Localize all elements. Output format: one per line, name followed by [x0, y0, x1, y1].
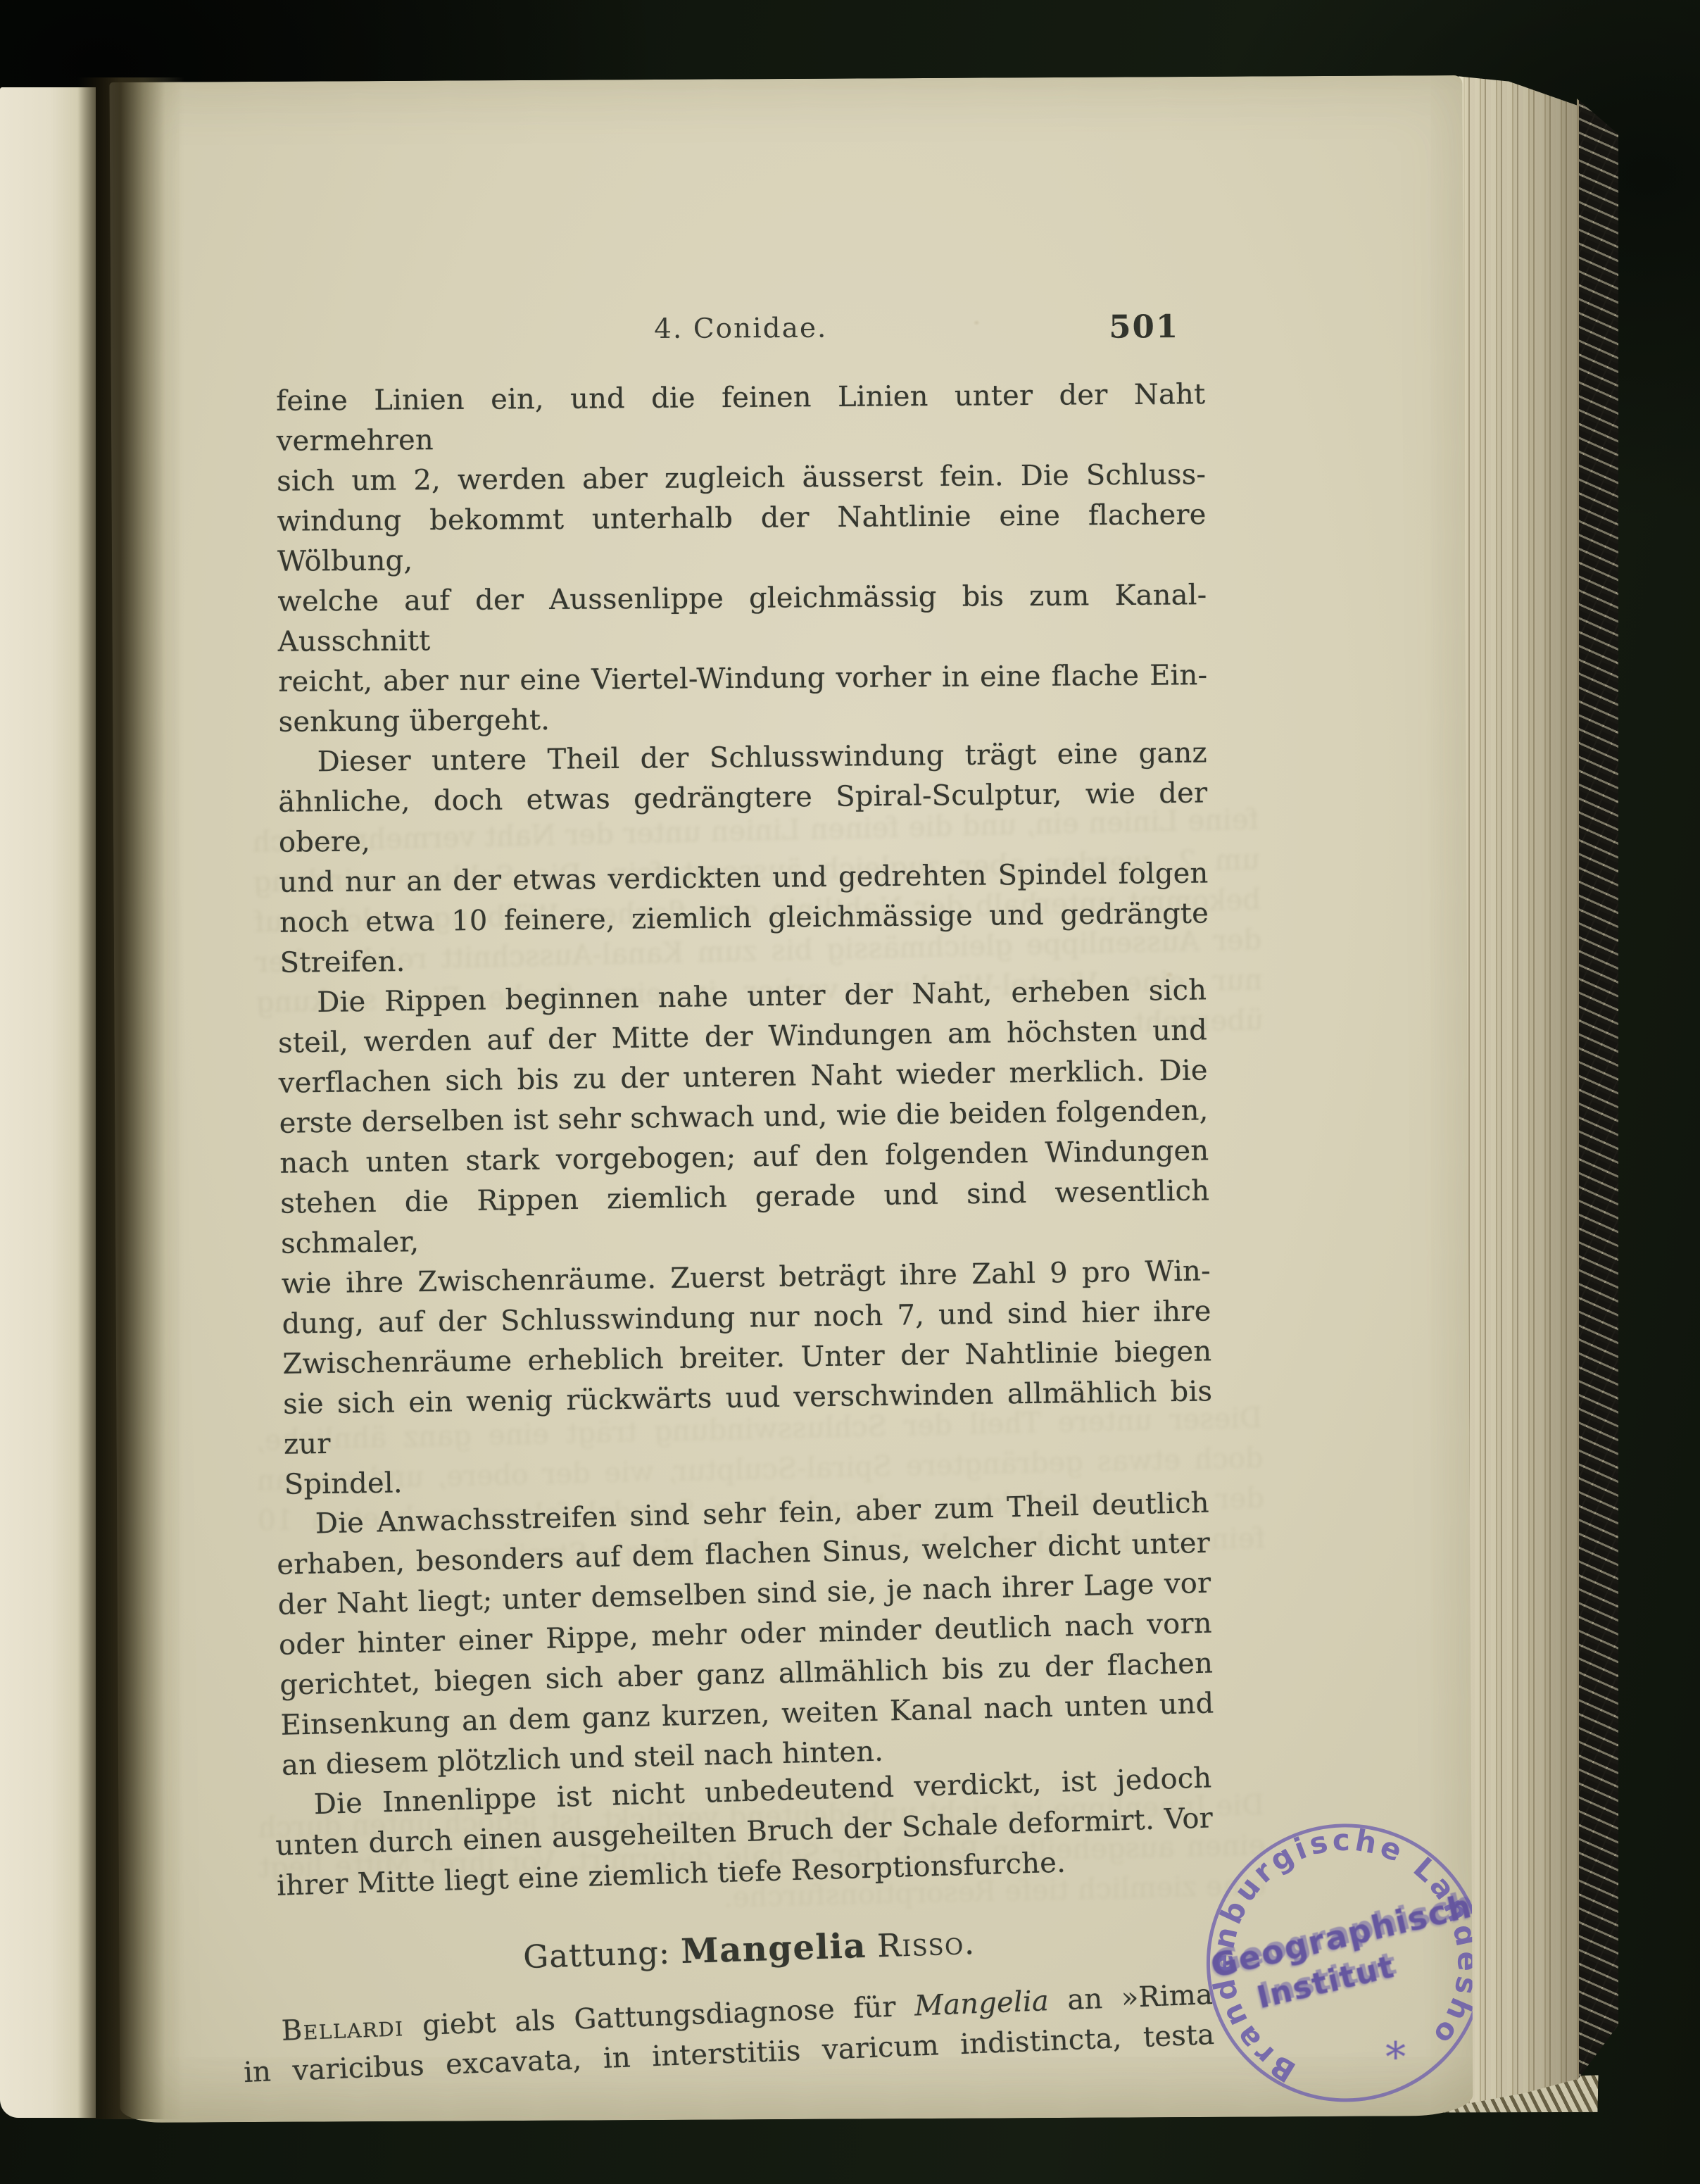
body-text: feine Linien ein, und die feinen Linien … — [277, 377, 1215, 2093]
book-page: feine Linien ein, und die feinen Linien … — [109, 75, 1473, 2123]
text-line: sie sich ein wenig rückwärts uud verschw… — [283, 1372, 1213, 1464]
stamp-asterisk-icon: * — [1385, 2033, 1406, 2081]
text-line: welche auf der Aussenlippe gleichmässig … — [277, 575, 1207, 663]
book-scan: feine Linien ein, und die feinen Linien … — [0, 0, 1700, 2184]
paragraph: Die Rippen beginnen nahe unter der Naht,… — [277, 970, 1214, 1505]
section-title: 4. Conidae. — [654, 313, 827, 345]
genus-heading-line: Gattung: Mangelia Risso. — [284, 1915, 1214, 1984]
text-run — [866, 1927, 878, 1964]
text-line: sich um 2, werden aber zugleich äusserst… — [277, 455, 1206, 502]
page-number: 501 — [1109, 308, 1179, 346]
text-run: . — [964, 1924, 976, 1962]
library-stamp: Brandenburgische Landesho Geographisches… — [1195, 1813, 1473, 2113]
bold-genus-name: Mangelia — [680, 1926, 867, 1971]
text-line: windung bekommt unterhalb der Nahtlinie … — [277, 495, 1207, 582]
italic-genus-name: Mangelia — [914, 1985, 1050, 2022]
text-line: ähnliche, doch etwas gedrängtere Spiral-… — [278, 773, 1208, 862]
facing-page-sliver — [0, 87, 96, 2118]
paragraph: Dieser untere Theil der Schlusswindung t… — [278, 733, 1209, 983]
genus-heading: Gattung: Mangelia Risso. — [284, 1915, 1214, 1984]
text-line: reicht, aber nur eine Viertel-Windung vo… — [278, 655, 1207, 703]
smallcaps-name: Bellardi — [281, 2010, 405, 2047]
cover-marbled-edge — [1577, 99, 1618, 2081]
page-stack-fore-edge — [1459, 73, 1578, 2109]
smallcaps-name: Risso — [876, 1924, 964, 1964]
paragraph: feine Linien ein, und die feinen Linien … — [276, 375, 1208, 743]
running-head: 4. Conidae. — [276, 310, 1205, 347]
paragraph: Bellardi giebt als Gattungsdiagnose für … — [241, 1975, 1215, 2093]
text-run: Gattung: — [522, 1933, 681, 1976]
text-line: stehen die Rippen ziemlich gerade und si… — [280, 1171, 1210, 1264]
paragraph: Die Anwachsstreifen sind sehr fein, aber… — [275, 1483, 1215, 1786]
text-line: feine Linien ein, und die feinen Linien … — [276, 375, 1206, 462]
